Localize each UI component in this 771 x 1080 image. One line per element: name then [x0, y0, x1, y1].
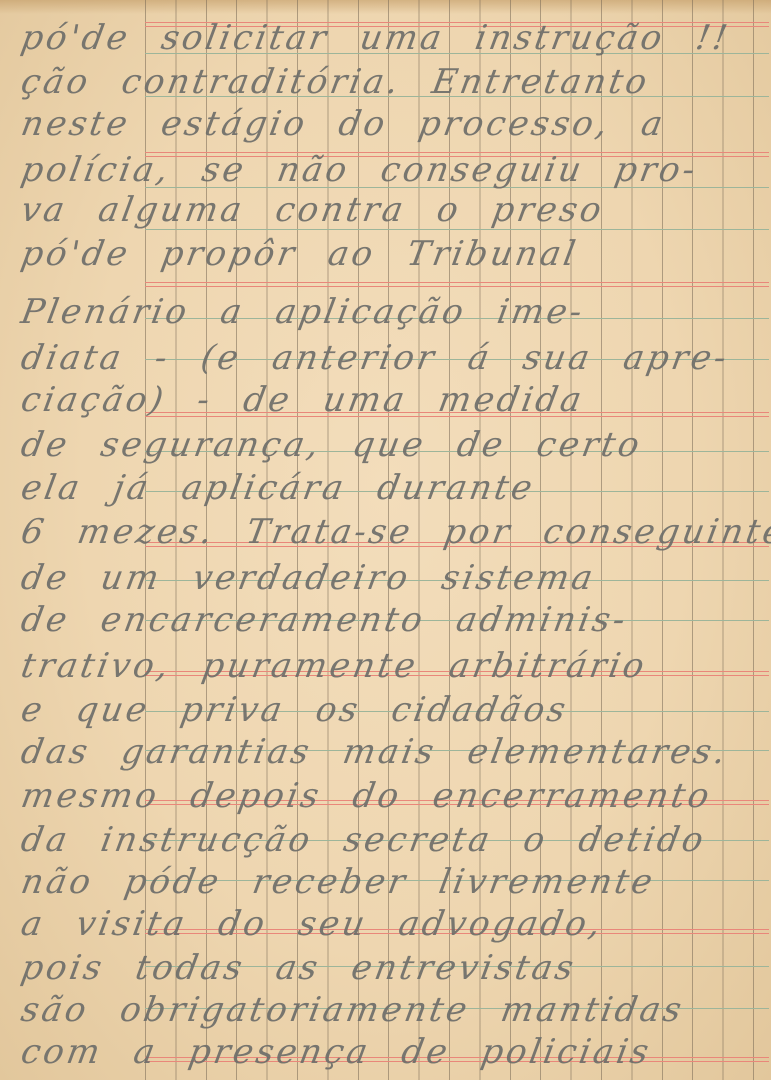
text-line: de segurança, que de certo	[18, 425, 771, 465]
text-line: pó'de propôr ao Tribunal	[18, 234, 771, 274]
text-line: da instrucção secreta o detido	[18, 820, 771, 860]
text-line: e que priva os cidadãos	[18, 690, 771, 730]
text-line: ela já aplicára durante	[18, 468, 771, 508]
handwritten-text: pó'de solicitar uma instrução !! ção con…	[0, 0, 771, 1080]
text-line: das garantias mais elementares.	[18, 732, 771, 772]
text-line: neste estágio do processo, a	[18, 104, 771, 144]
text-line: não póde receber livremente	[18, 862, 771, 902]
text-line: 6 mezes. Trata-se por conseguinte	[18, 512, 771, 552]
text-line: Plenário a aplicação ime-	[18, 292, 771, 332]
text-line: mesmo depois do encerramento	[18, 776, 771, 816]
text-line: são obrigatoriamente mantidas	[18, 990, 771, 1030]
text-line: ciação) - de uma medida	[18, 380, 771, 420]
text-line: pois todas as entrevistas	[18, 948, 771, 988]
text-line: com a presença de policiais	[18, 1032, 771, 1072]
text-line: de um verdadeiro sistema	[18, 558, 771, 598]
text-line: de encarceramento adminis-	[18, 600, 771, 640]
text-line: ção contraditória. Entretanto	[18, 62, 771, 102]
text-line: trativo, puramente arbitrário	[18, 646, 771, 686]
text-line: pó'de solicitar uma instrução !!	[18, 18, 771, 58]
text-line: polícia, se não conseguiu pro-	[18, 150, 771, 190]
text-line: diata - (e anterior á sua apre-	[18, 338, 771, 378]
text-line: va alguma contra o preso	[18, 190, 771, 230]
text-line: a visita do seu advogado,	[18, 904, 771, 944]
